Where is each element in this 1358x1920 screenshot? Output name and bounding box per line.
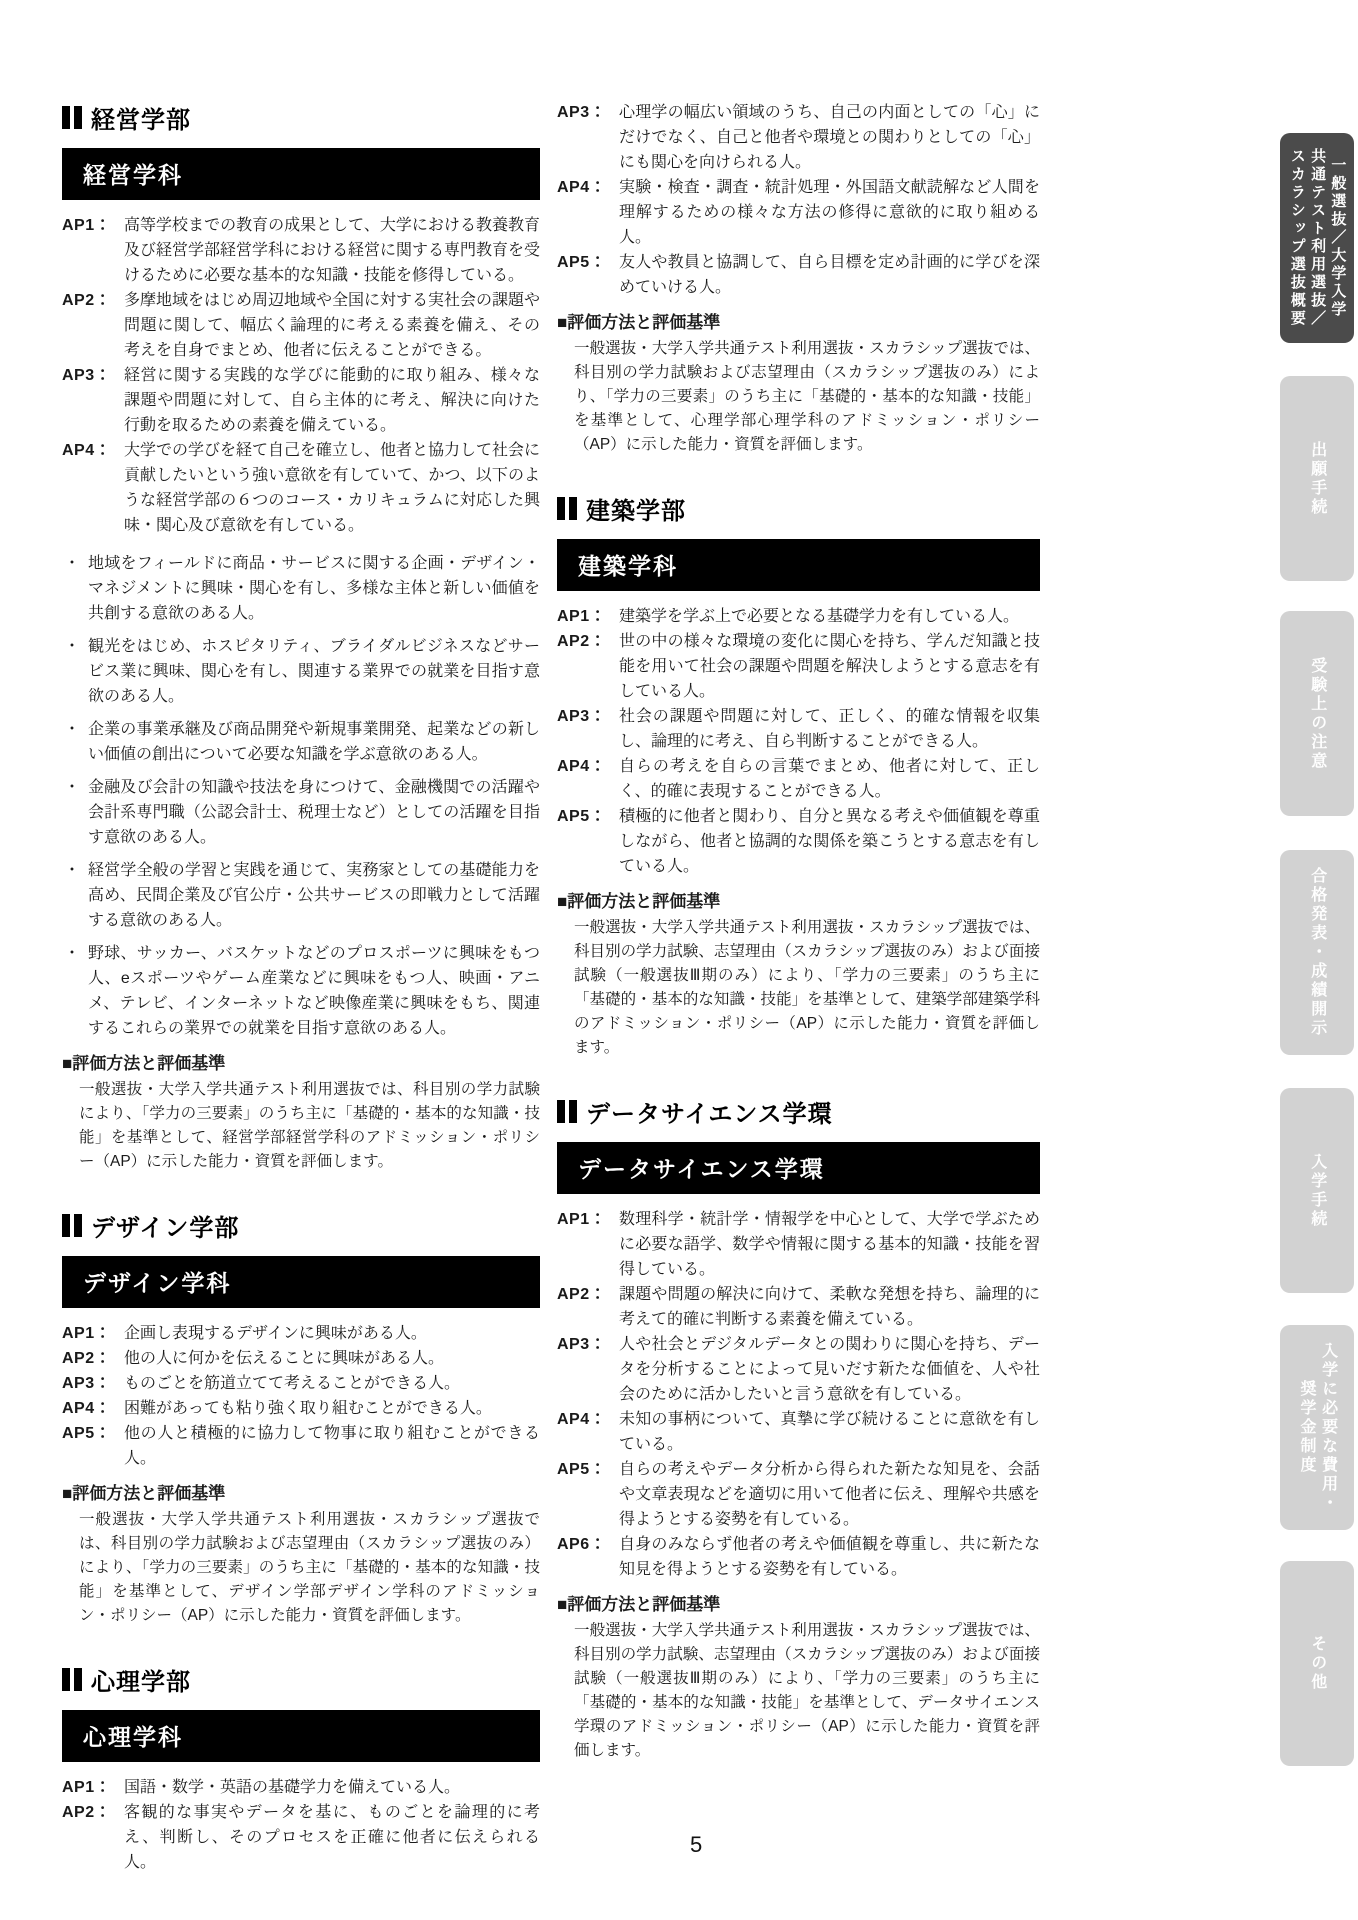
- sidebar-tab-overview: 一般選抜／大学入学 共通テスト利用選抜／ スカラシップ選抜概要: [1280, 133, 1354, 343]
- ap-text: 客観的な事実やデータを基に、ものごとを論理的に考え、判断し、そのプロセスを正確に…: [124, 1804, 540, 1871]
- ap-item: AP5：自らの考えやデータ分析から得られた新たな知見を、会話や文章表現などを適切…: [557, 1457, 1040, 1532]
- ap-item: AP1：建築学を学ぶ上で必要となる基礎学力を有している人。: [557, 604, 1040, 629]
- ap-text: 他の人と積極的に協力して物事に取り組むことができる人。: [124, 1425, 540, 1467]
- evaluation-heading: ■評価方法と評価基準: [62, 1481, 540, 1506]
- ap-item: AP5：友人や教員と協調して、自ら目標を定め計画的に学びを深めていける人。: [557, 250, 1040, 300]
- ap-label: AP6：: [557, 1532, 606, 1557]
- ap-item: AP2：他の人に何かを伝えることに興味がある人。: [62, 1346, 540, 1371]
- ap-text: 心理学の幅広い領域のうち、自己の内面としての「心」にだけでなく、自己と他者や環境…: [619, 104, 1040, 171]
- section-marker-icon: [557, 497, 577, 520]
- ap-item: AP4：未知の事柄について、真摯に学び続けることに意欲を有している。: [557, 1407, 1040, 1457]
- ap-label: AP2：: [62, 1346, 111, 1371]
- sidebar-tab-label: 出願手続: [1306, 441, 1328, 517]
- section-marker-bar: [62, 1214, 70, 1237]
- ap-text: 友人や教員と協調して、自ら目標を定め計画的に学びを深めていける人。: [619, 254, 1040, 296]
- ap-label: AP4：: [62, 438, 111, 463]
- bullet-item: ・金融及び会計の知識や技法を身につけて、金融機関での活躍や会計系専門職（公認会計…: [62, 775, 540, 850]
- ap-item: AP5：他の人と積極的に協力して物事に取り組むことができる人。: [62, 1421, 540, 1471]
- sidebar-tab-label: その他: [1306, 1635, 1328, 1692]
- sidebar-tab-others: その他: [1280, 1561, 1354, 1766]
- sidebar-tab-overview-label: 一般選抜／大学入学 共通テスト利用選抜／ スカラシップ選抜概要: [1287, 148, 1348, 328]
- section-marker-bar: [557, 1100, 565, 1123]
- section-marker-icon: [62, 1668, 82, 1691]
- bullet-item: ・野球、サッカー、バスケットなどのプロスポーツに興味をもつ人、eスポーツやゲーム…: [62, 941, 540, 1041]
- ap-label: AP1：: [557, 604, 606, 629]
- ap-text: 国語・数学・英語の基礎学力を備えている人。: [124, 1779, 460, 1796]
- ap-label: AP1：: [62, 213, 111, 238]
- ap-text: 建築学を学ぶ上で必要となる基礎学力を有している人。: [619, 608, 1019, 625]
- ap-item: AP4：自らの考えを自らの言葉でまとめ、他者に対して、正しく、的確に表現すること…: [557, 754, 1040, 804]
- ap-item: AP6：自身のみならず他者の考えや価値観を尊重し、共に新たな知見を得ようとする姿…: [557, 1532, 1040, 1582]
- bullet-dot-icon: ・: [64, 551, 80, 576]
- ap-text: 他の人に何かを伝えることに興味がある人。: [124, 1350, 444, 1367]
- bullet-text: 経営学全般の学習と実践を通じて、実務家としての基礎能力を高め、民間企業及び官公庁…: [88, 862, 540, 929]
- section-marker-icon: [557, 1100, 577, 1123]
- sidebar-tab-label: 入学に必要な費用・ 奨学金制度: [1295, 1342, 1338, 1513]
- evaluation-heading: ■評価方法と評価基準: [557, 310, 1040, 335]
- ap-text: 積極的に他者と関わり、自分と異なる考えや価値観を尊重しながら、他者と協調的な関係…: [619, 808, 1040, 875]
- section-marker-bar: [557, 497, 565, 520]
- ap-text: 自身のみならず他者の考えや価値観を尊重し、共に新たな知見を得ようとする姿勢を有し…: [619, 1536, 1040, 1578]
- sidebar-tab-fees-and-scholarships: 入学に必要な費用・ 奨学金制度: [1280, 1325, 1354, 1530]
- ap-item: AP2：課題や問題の解決に向けて、柔軟な発想を持ち、論理的に考えて的確に判断する…: [557, 1282, 1040, 1332]
- ap-item: AP4：大学での学びを経て自己を確立し、他者と協力して社会に貢献したいという強い…: [62, 438, 540, 538]
- page-number: 5: [690, 1832, 702, 1858]
- ap-label: AP2：: [557, 629, 606, 654]
- ap-label: AP3：: [62, 1371, 111, 1396]
- sidebar-tab-enrollment-procedures: 入学手続: [1280, 1088, 1354, 1293]
- department-title-bar: デザイン学科: [62, 1256, 540, 1308]
- right-text-column: AP3：心理学の幅広い領域のうち、自己の内面としての「心」にだけでなく、自己と他…: [557, 100, 1040, 1763]
- ap-text: 人や社会とデジタルデータとの関わりに関心を持ち、データを分析することによって見い…: [619, 1336, 1040, 1403]
- ap-text: 社会の課題や問題に対して、正しく、的確な情報を収集し、論理的に考え、自ら判断する…: [619, 708, 1040, 750]
- ap-text: 経営に関する実践的な学びに能動的に取り組み、様々な課題や問題に対して、自ら主体的…: [124, 367, 540, 434]
- department-title-bar: データサイエンス学環: [557, 1142, 1040, 1194]
- ap-item: AP4：実験・検査・調査・統計処理・外国語文献読解など人間を理解するための様々な…: [557, 175, 1040, 250]
- section-marker-bar: [74, 106, 82, 129]
- ap-label: AP4：: [557, 1407, 606, 1432]
- faculty-section-header: 心理学部: [62, 1662, 540, 1697]
- sidebar-tab-results-and-grades-disclosure: 合格発表・成績開示: [1280, 850, 1354, 1055]
- faculty-title: 建築学部: [586, 491, 686, 526]
- ap-item: AP1：国語・数学・英語の基礎学力を備えている人。: [62, 1775, 540, 1800]
- bullet-item: ・地域をフィールドに商品・サービスに関する企画・デザイン・マネジメントに興味・関…: [62, 551, 540, 626]
- bullet-text: 地域をフィールドに商品・サービスに関する企画・デザイン・マネジメントに興味・関心…: [88, 555, 540, 622]
- ap-item: AP2：客観的な事実やデータを基に、ものごとを論理的に考え、判断し、そのプロセス…: [62, 1800, 540, 1875]
- ap-label: AP3：: [557, 1332, 606, 1357]
- faculty-title: 心理学部: [91, 1662, 191, 1697]
- ap-text: 課題や問題の解決に向けて、柔軟な発想を持ち、論理的に考えて的確に判断する素養を備…: [619, 1286, 1040, 1328]
- ap-item: AP5：積極的に他者と関わり、自分と異なる考えや価値観を尊重しながら、他者と協調…: [557, 804, 1040, 879]
- ap-item: AP1：高等学校までの教育の成果として、大学における教養教育及び経営学部経営学科…: [62, 213, 540, 288]
- department-title-bar: 心理学科: [62, 1710, 540, 1762]
- ap-label: AP2：: [62, 288, 111, 313]
- faculty-section-header: 経営学部: [62, 100, 540, 135]
- faculty-section-header: デザイン学部: [62, 1208, 540, 1243]
- bullet-dot-icon: ・: [64, 634, 80, 659]
- section-marker-bar: [74, 1214, 82, 1237]
- sidebar-tab-label: 受験上の注意: [1306, 657, 1328, 771]
- sidebar-tab-application-procedures: 出願手続: [1280, 376, 1354, 581]
- ap-text: 企画し表現するデザインに興味がある人。: [124, 1325, 427, 1342]
- ap-text: ものごとを筋道立てて考えることができる人。: [124, 1375, 460, 1392]
- ap-text: 多摩地域をはじめ周辺地域や全国に対する実社会の課題や問題に関して、幅広く論理的に…: [124, 292, 540, 359]
- ap-text: 世の中の様々な環境の変化に関心を持ち、学んだ知識と技能を用いて社会の課題や問題を…: [619, 633, 1040, 700]
- ap-label: AP4：: [557, 175, 606, 200]
- section-marker-bar: [569, 497, 577, 520]
- ap-label: AP1：: [557, 1207, 606, 1232]
- ap-label: AP4：: [62, 1396, 111, 1421]
- ap-label: AP3：: [62, 363, 111, 388]
- bullet-dot-icon: ・: [64, 941, 80, 966]
- evaluation-body: 一般選抜・大学入学共通テスト利用選抜・スカラシップ選抜では、科目別の学力試験およ…: [62, 1508, 540, 1628]
- ap-label: AP4：: [557, 754, 606, 779]
- ap-text: 自らの考えやデータ分析から得られた新たな知見を、会話や文章表現などを適切に用いて…: [619, 1461, 1040, 1528]
- bullet-text: 野球、サッカー、バスケットなどのプロスポーツに興味をもつ人、eスポーツやゲーム産…: [88, 945, 540, 1037]
- ap-label: AP3：: [557, 704, 606, 729]
- section-marker-icon: [62, 1214, 82, 1237]
- sidebar-tab-exam-precautions: 受験上の注意: [1280, 611, 1354, 816]
- evaluation-body: 一般選抜・大学入学共通テスト利用選抜・スカラシップ選抜では、科目別の学力試験およ…: [557, 337, 1040, 457]
- ap-label: AP5：: [62, 1421, 111, 1446]
- sidebar-tab-label: 入学手続: [1306, 1153, 1328, 1229]
- bullet-item: ・観光をはじめ、ホスピタリティ、ブライダルビジネスなどサービス業に興味、関心を有…: [62, 634, 540, 709]
- ap-text: 未知の事柄について、真摯に学び続けることに意欲を有している。: [619, 1411, 1040, 1453]
- sidebar-tab-label: 合格発表・成績開示: [1306, 867, 1328, 1038]
- ap-item: AP1：数理科学・統計学・情報学を中心として、大学で学ぶために必要な語学、数学や…: [557, 1207, 1040, 1282]
- evaluation-body: 一般選抜・大学入学共通テスト利用選抜では、科目別の学力試験により、「学力の三要素…: [62, 1078, 540, 1174]
- faculty-title: デザイン学部: [91, 1208, 239, 1243]
- ap-label: AP1：: [62, 1775, 111, 1800]
- ap-label: AP5：: [557, 250, 606, 275]
- ap-item: AP3：社会の課題や問題に対して、正しく、的確な情報を収集し、論理的に考え、自ら…: [557, 704, 1040, 754]
- ap-text: 困難があっても粘り強く取り組むことができる人。: [124, 1400, 492, 1417]
- department-title-bar: 建築学科: [557, 539, 1040, 591]
- faculty-title: 経営学部: [91, 100, 191, 135]
- ap-item: AP2：多摩地域をはじめ周辺地域や全国に対する実社会の課題や問題に関して、幅広く…: [62, 288, 540, 363]
- bullet-dot-icon: ・: [64, 775, 80, 800]
- bullet-item: ・企業の事業承継及び商品開発や新規事業開発、起業などの新しい価値の創出について必…: [62, 717, 540, 767]
- section-marker-bar: [62, 1668, 70, 1691]
- ap-label: AP5：: [557, 804, 606, 829]
- department-title-bar: 経営学科: [62, 148, 540, 200]
- ap-label: AP3：: [557, 100, 606, 125]
- ap-label: AP1：: [62, 1321, 111, 1346]
- bullet-dot-icon: ・: [64, 858, 80, 883]
- evaluation-body: 一般選抜・大学入学共通テスト利用選抜・スカラシップ選抜では、科目別の学力試験、志…: [557, 1619, 1040, 1763]
- evaluation-body: 一般選抜・大学入学共通テスト利用選抜・スカラシップ選抜では、科目別の学力試験、志…: [557, 916, 1040, 1060]
- ap-text: 実験・検査・調査・統計処理・外国語文献読解など人間を理解するための様々な方法の修…: [619, 179, 1040, 246]
- ap-label: AP5：: [557, 1457, 606, 1482]
- faculty-section-header: 建築学部: [557, 491, 1040, 526]
- ap-text: 自らの考えを自らの言葉でまとめ、他者に対して、正しく、的確に表現することができる…: [619, 758, 1040, 800]
- ap-text: 高等学校までの教育の成果として、大学における教養教育及び経営学部経営学科における…: [124, 217, 540, 284]
- ap-item: AP4：困難があっても粘り強く取り組むことができる人。: [62, 1396, 540, 1421]
- ap-label: AP2：: [557, 1282, 606, 1307]
- ap-text: 大学での学びを経て自己を確立し、他者と協力して社会に貢献したいという強い意欲を有…: [124, 442, 540, 534]
- evaluation-heading: ■評価方法と評価基準: [557, 889, 1040, 914]
- ap-item: AP1：企画し表現するデザインに興味がある人。: [62, 1321, 540, 1346]
- ap-item: AP3：心理学の幅広い領域のうち、自己の内面としての「心」にだけでなく、自己と他…: [557, 100, 1040, 175]
- section-marker-bar: [62, 106, 70, 129]
- ap-item: AP3：ものごとを筋道立てて考えることができる人。: [62, 1371, 540, 1396]
- bullet-text: 観光をはじめ、ホスピタリティ、ブライダルビジネスなどサービス業に興味、関心を有し…: [88, 638, 540, 705]
- ap-label: AP2：: [62, 1800, 111, 1825]
- ap-text: 数理科学・統計学・情報学を中心として、大学で学ぶために必要な語学、数学や情報に関…: [619, 1211, 1040, 1278]
- ap-item: AP2：世の中の様々な環境の変化に関心を持ち、学んだ知識と技能を用いて社会の課題…: [557, 629, 1040, 704]
- ap-item: AP3：経営に関する実践的な学びに能動的に取り組み、様々な課題や問題に対して、自…: [62, 363, 540, 438]
- faculty-section-header: データサイエンス学環: [557, 1094, 1040, 1129]
- bullet-item: ・経営学全般の学習と実践を通じて、実務家としての基礎能力を高め、民間企業及び官公…: [62, 858, 540, 933]
- ap-item: AP3：人や社会とデジタルデータとの関わりに関心を持ち、データを分析することによ…: [557, 1332, 1040, 1407]
- faculty-title: データサイエンス学環: [586, 1094, 833, 1129]
- section-marker-bar: [74, 1668, 82, 1691]
- bullet-text: 金融及び会計の知識や技法を身につけて、金融機関での活躍や会計系専門職（公認会計士…: [88, 779, 540, 846]
- bullet-dot-icon: ・: [64, 717, 80, 742]
- section-marker-icon: [62, 106, 82, 129]
- left-text-column: 経営学部経営学科AP1：高等学校までの教育の成果として、大学における教養教育及び…: [62, 100, 540, 1875]
- section-marker-bar: [569, 1100, 577, 1123]
- evaluation-heading: ■評価方法と評価基準: [557, 1592, 1040, 1617]
- bullet-text: 企業の事業承継及び商品開発や新規事業開発、起業などの新しい価値の創出について必要…: [88, 721, 540, 763]
- evaluation-heading: ■評価方法と評価基準: [62, 1051, 540, 1076]
